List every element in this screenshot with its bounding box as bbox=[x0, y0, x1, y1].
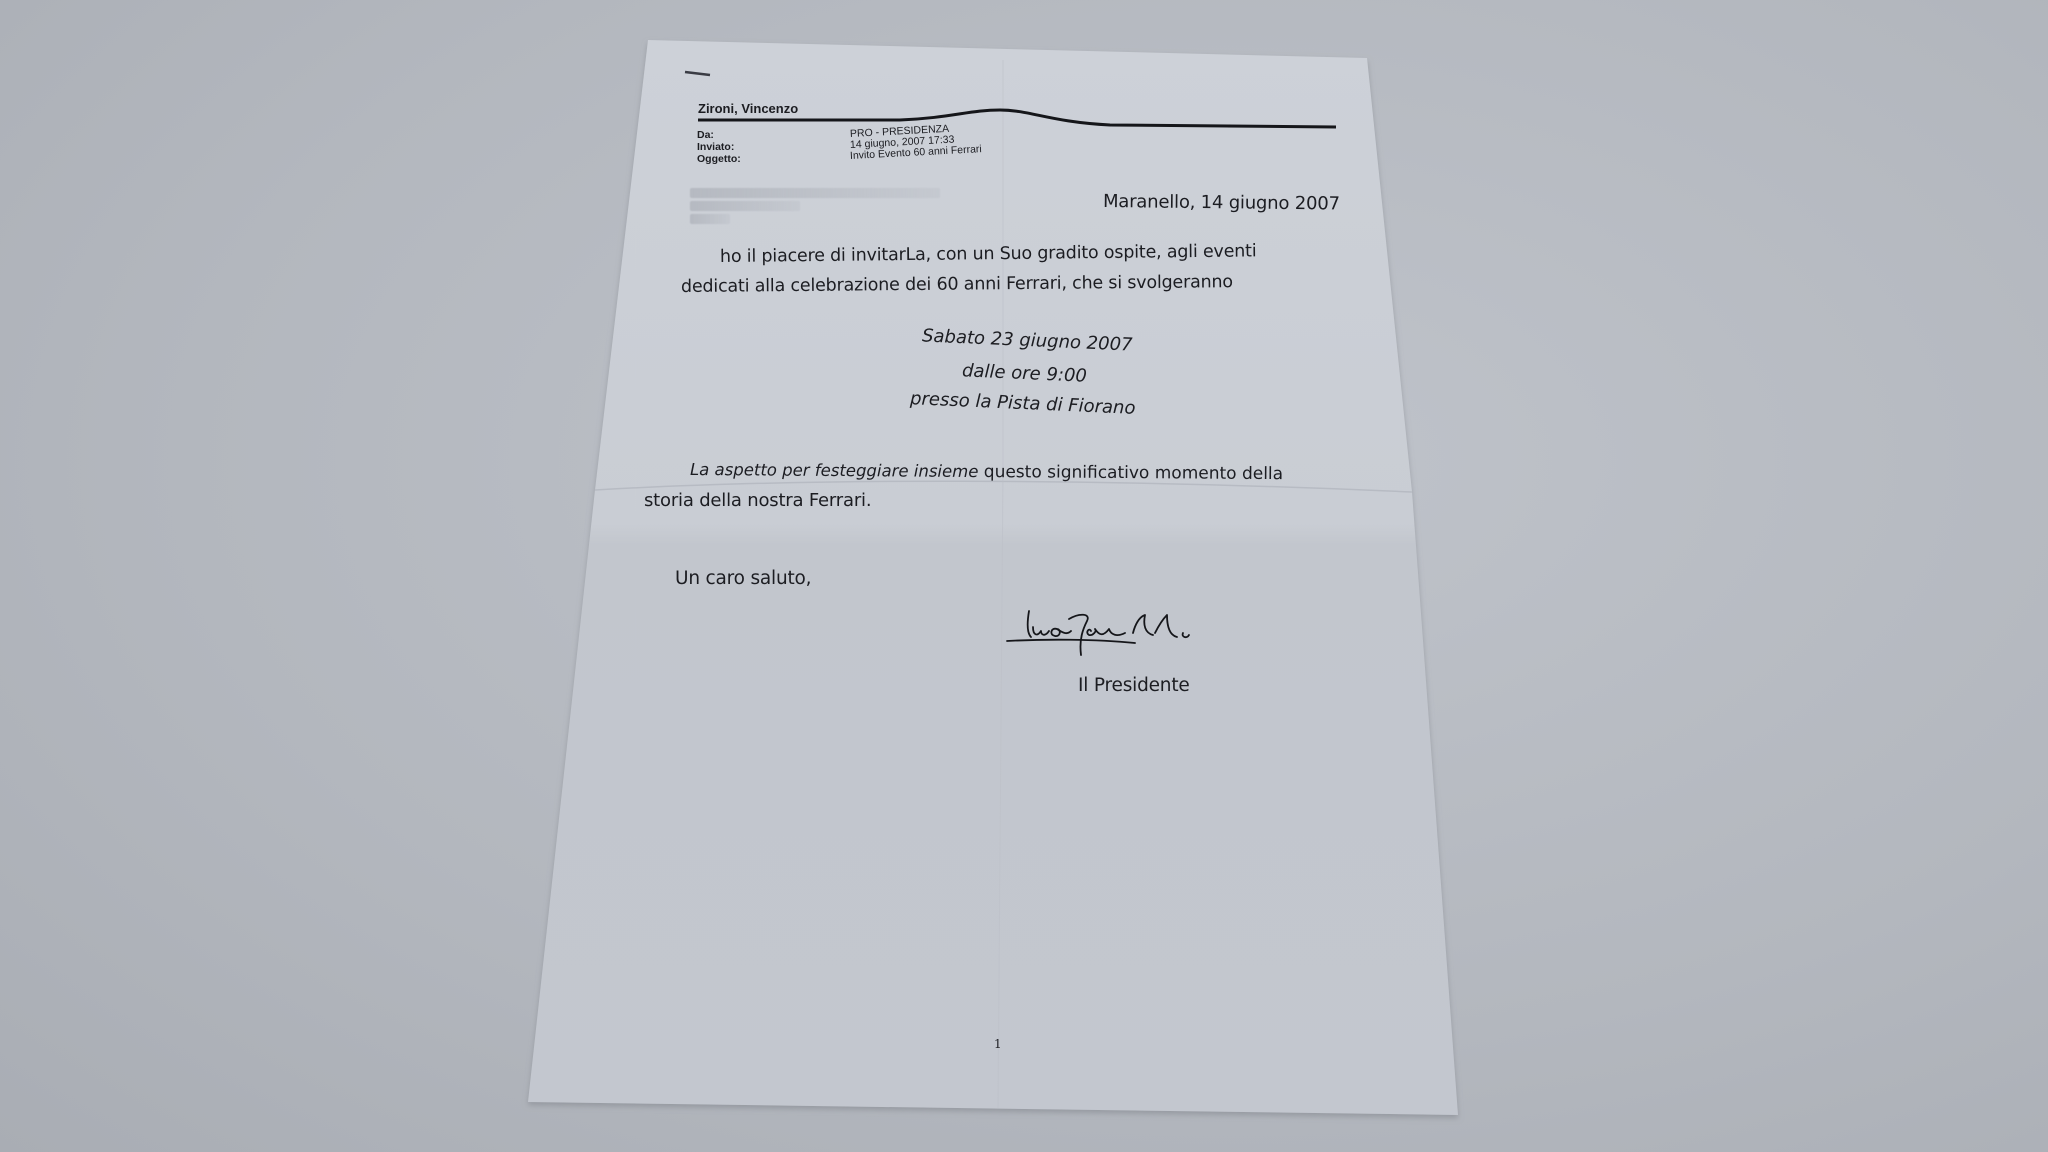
faded-text-block bbox=[690, 188, 950, 227]
signatory-title: Il Presidente bbox=[1078, 675, 1190, 696]
salutation: Un caro saluto, bbox=[675, 568, 811, 589]
header-label-subject: Oggetto: bbox=[697, 153, 741, 165]
header-label-sent: Inviato: bbox=[697, 141, 734, 153]
intro-line-1: ho il piacere di invitarLa, con un Suo g… bbox=[720, 241, 1257, 267]
recipient-name: Zironi, Vincenzo bbox=[698, 101, 798, 116]
event-location: presso la Pista di Fiorano bbox=[910, 388, 1136, 419]
event-date: Sabato 23 giugno 2007 bbox=[922, 325, 1133, 355]
letter-content: Zironi, Vincenzo Da: Inviato: Oggetto: P… bbox=[0, 0, 2048, 1152]
closing-italic: La aspetto per festeggiare insieme bbox=[690, 460, 979, 481]
event-time: dalle ore 9:00 bbox=[962, 360, 1088, 386]
closing-line-2: storia della nostra Ferrari. bbox=[644, 490, 871, 511]
closing-regular: questo significativo momento della bbox=[984, 462, 1283, 484]
closing-line-1: La aspetto per festeggiare insieme quest… bbox=[690, 460, 1283, 484]
place-date: Maranello, 14 giugno 2007 bbox=[1103, 191, 1340, 214]
header-label-from: Da: bbox=[697, 129, 714, 141]
intro-line-2: dedicati alla celebrazione dei 60 anni F… bbox=[681, 272, 1233, 297]
page-number: 1 bbox=[994, 1037, 1002, 1051]
signature-icon bbox=[1005, 603, 1235, 663]
